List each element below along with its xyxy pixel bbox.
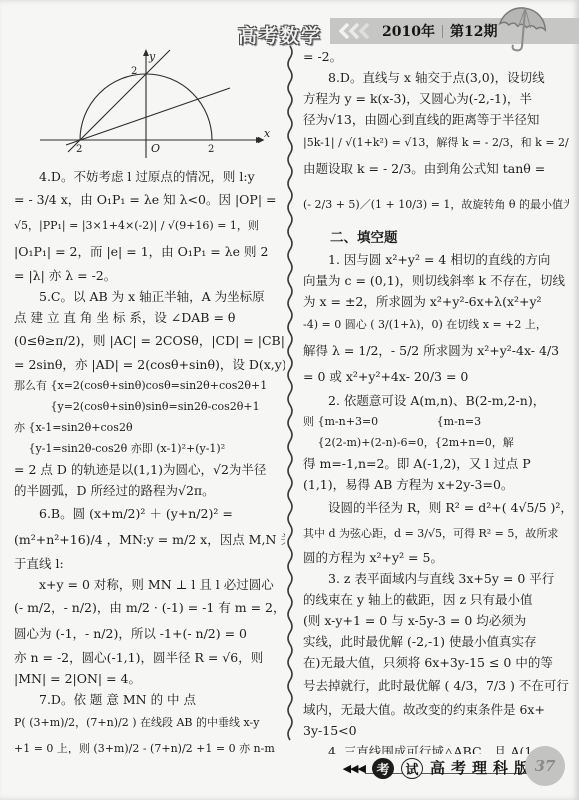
header-separator <box>442 25 443 38</box>
geometry-figure: y x O 2 2 2 <box>18 48 274 162</box>
text-line: 号去掉就行，此时最优解 ( 4/3，7/3 ) 不在可行 <box>303 673 569 699</box>
page-header: 高考数学 2010年 第12期 <box>0 18 579 48</box>
page-footer: ◀◀◀ 考 试 高考理科版 37 <box>0 746 579 794</box>
text-line: 向量为 c = (0,1)，则切线斜率 k 不存在，切线 <box>303 270 569 291</box>
right-column-text: = -2。8.D。直线与 x 轴交于点(3,0)，设切线方程为 y = k(x-… <box>303 46 569 754</box>
text-line: 3y-15<0 <box>303 720 569 741</box>
text-line: 实线，此时最优解 (-2,-1) 使最小值真实存 <box>303 631 569 652</box>
text-line: 得 m=-1,n=2。即 A(-1,2)，又 l 过点 P <box>303 453 569 474</box>
text-line: 的线束在 y 轴上的截距，因 z 只有最小值 <box>303 589 569 610</box>
header-year-issue: 2010年 第12期 <box>382 21 497 41</box>
text-line: (0≤θ≥π/2)，则 |AC| = 2COSθ，|CD| = |CB| <box>14 328 285 354</box>
text-line: 4.D。不妨考虑 l 过原点的情况，则 l:y <box>14 166 285 187</box>
text-line: x+y = 0 对称，则 MN ⊥ l 且 l 必过圆心 <box>14 574 285 595</box>
text-line: {y-1=sin2θ-cos2θ 亦即 (x-1)²+(y-1)² <box>14 438 285 459</box>
text-line: 7.D。依 题 意 MN 的 中 点 <box>14 689 285 710</box>
text-line: 二、填空题 <box>303 228 569 249</box>
text-line: (则 x-y+1 = 0 与 x-5y-3 = 0 均必须为 <box>303 610 569 631</box>
right-column: = -2。8.D。直线与 x 轴交于点(3,0)，设切线方程为 y = k(x-… <box>295 46 569 754</box>
text-line: 在)无最大值，只须将 6x+3y-15 ≤ 0 中的等 <box>303 652 569 673</box>
text-line: = |λ| 亦 λ = -2。 <box>14 265 285 286</box>
left-column-text: 4.D。不妨考虑 l 过原点的情况，则 l:y= - 3/4 x，由 O₁P₁ … <box>14 166 285 754</box>
figure-top-tick: 2 <box>131 66 137 77</box>
text-line: √5，|PP₁| = |3×1+4×(-2)| / √(9+16) = 1，则 <box>14 213 285 239</box>
text-line: 的半圆弧，D 所经过的路程为√2π。 <box>14 480 285 501</box>
triple-left-chevrons-icon <box>338 23 372 39</box>
magazine-page: 高考数学 2010年 第12期 <box>0 0 579 800</box>
text-line: 径为√13，由圆心到直线的距离等于半径知 <box>303 109 569 130</box>
figure-x-axis-label: x <box>264 127 271 140</box>
text-line: |MN| = 2|ON| = 4。 <box>14 668 285 689</box>
left-column: y x O 2 2 2 4.D。不妨考虑 l 过原点的情况，则 l:y= - 3… <box>14 46 285 754</box>
text-line: |O₁P₁| = 2，而 |e| = 1，由 O₁P₁ = λe 则 2 <box>14 239 285 265</box>
text-line: 由题设取 k = - 2/3。由到角公式知 tanθ = <box>303 156 569 182</box>
text-line: {y=2(cosθ+sinθ)sinθ=sin2θ-cos2θ+1 <box>14 396 285 417</box>
text-line: 为 x = ±2，所求圆为 x²+y²-6x+λ(x²+y² <box>303 291 569 312</box>
footer-edition-title: 高考理科版 <box>430 757 535 780</box>
content-columns: y x O 2 2 2 4.D。不妨考虑 l 过原点的情况，则 l:y= - 3… <box>14 46 569 754</box>
figure-origin-label: O <box>151 142 160 155</box>
header-issue: 第12期 <box>450 21 497 41</box>
text-line: 点 建 立 直 角 坐 标 系，设 ∠DAB = θ <box>14 307 285 328</box>
figure-left-tick: 2 <box>76 144 82 155</box>
text-line: 圆的方程为 x²+y² = 5。 <box>303 547 569 568</box>
text-line: 解得 λ = 1/2，- 5/2 所求圆为 x²+y²-4x- 4/3 <box>303 338 569 364</box>
text-line: 亦 {x-1=sin2θ+cos2θ <box>14 417 285 438</box>
page-number-badge: 37 <box>525 746 565 786</box>
page-number: 37 <box>535 757 556 775</box>
text-line: 域内，无最大值。故改变的约束条件是 6x+ <box>303 699 569 720</box>
text-line: 设圆的半径为 R，则 R² = d²+( 4√5/5 )²， <box>303 495 569 521</box>
text-line: P( (3+m)/2，(7+n)/2 ) 在线段 AB 的中垂线 x-y <box>14 710 285 736</box>
text-line: |5k-1| / √(1+k²) = √13，解得 k = - 2/3，和 k … <box>303 130 569 156</box>
text-line: 2. 依题意可设 A(m,n)、B(2-m,2-n)， <box>303 390 569 411</box>
text-line: -4) = 0 圆心 ( 3/(1+λ)，0) 在切线 x = +2 上， <box>303 312 569 338</box>
text-line: {2(2-m)+(2-n)-6=0，{2m+n=0，解 <box>303 432 569 453</box>
text-line: 6.B。圆 (x+m/2)² ＋ (y+n/2)² = <box>14 501 285 527</box>
text-line: = 2 点 D 的轨迹是以(1,1)为圆心，√2为半径 <box>14 459 285 480</box>
text-line: 则 {m-n+3=0 {m-n=3 <box>303 411 569 432</box>
footer-badge-kao: 考 <box>372 758 394 779</box>
text-line: 那么有 {x=2(cosθ+sinθ)cosθ=sin2θ+cos2θ+1 <box>14 375 285 396</box>
text-line: 圆心为 (-1，- n/2)，所以 -1+(- n/2) = 0 <box>14 621 285 647</box>
figure-right-tick: 2 <box>208 144 214 155</box>
text-line: 于直线 l: <box>14 553 285 574</box>
header-year: 2010年 <box>382 21 435 41</box>
footer-badge-shi: 试 <box>401 758 423 779</box>
wavy-column-divider <box>285 46 295 754</box>
text-line: 方程为 y = k(x-3)，又圆心为(-2,-1)，半 <box>303 88 569 109</box>
footer-brand: ◀◀◀ 考 试 高考理科版 <box>343 757 535 780</box>
text-line: 其中 d 为弦心距，d = 3/√5，可得 R² = 5，故所求 <box>303 521 569 547</box>
text-line: 8.D。直线与 x 轴交于点(3,0)，设切线 <box>303 67 569 88</box>
text-line: 1. 因与圆 x²+y² = 4 相切的直线的方向 <box>303 249 569 270</box>
text-line: 3. z 表平面域内与直线 3x+5y = 0 平行 <box>303 568 569 589</box>
figure-y-axis-label: y <box>148 50 156 63</box>
text-line: = 2sinθ，亦 |AD| = 2(cosθ+sinθ)，设 D(x,y) <box>14 354 285 375</box>
text-line: = - 3/4 x，由 O₁P₁ = λe 知 λ<0。因 |OP| = <box>14 187 285 213</box>
text-line: = -2。 <box>303 46 569 67</box>
text-line: (- m/2，- n/2)，由 m/2 · (-1) = -1 有 m = 2， <box>14 595 285 621</box>
magazine-logo: 高考数学 <box>238 21 322 48</box>
triple-left-arrows-icon: ◀◀◀ <box>343 762 365 775</box>
text-line: = 0 或 x²+y²+4x- 20/3 = 0 <box>303 364 569 390</box>
text-line: 亦 n = -2，圆心(-1,1)，圆半径 R = √6，则 <box>14 647 285 668</box>
text-line: (- 2/3 + 5)／(1 + 10/3) = 1，故旋转角 θ 的最小值为 … <box>303 182 569 228</box>
text-line: 5.C。以 AB 为 x 轴正半轴，A 为坐标原 <box>14 286 285 307</box>
text-line: (1,1)，易得 AB 方程为 x+2y-3=0。 <box>303 474 569 495</box>
text-line: (m²+n²+16)/4 ，MN:y = m/2 x，因点 M,N 关 <box>14 527 285 553</box>
